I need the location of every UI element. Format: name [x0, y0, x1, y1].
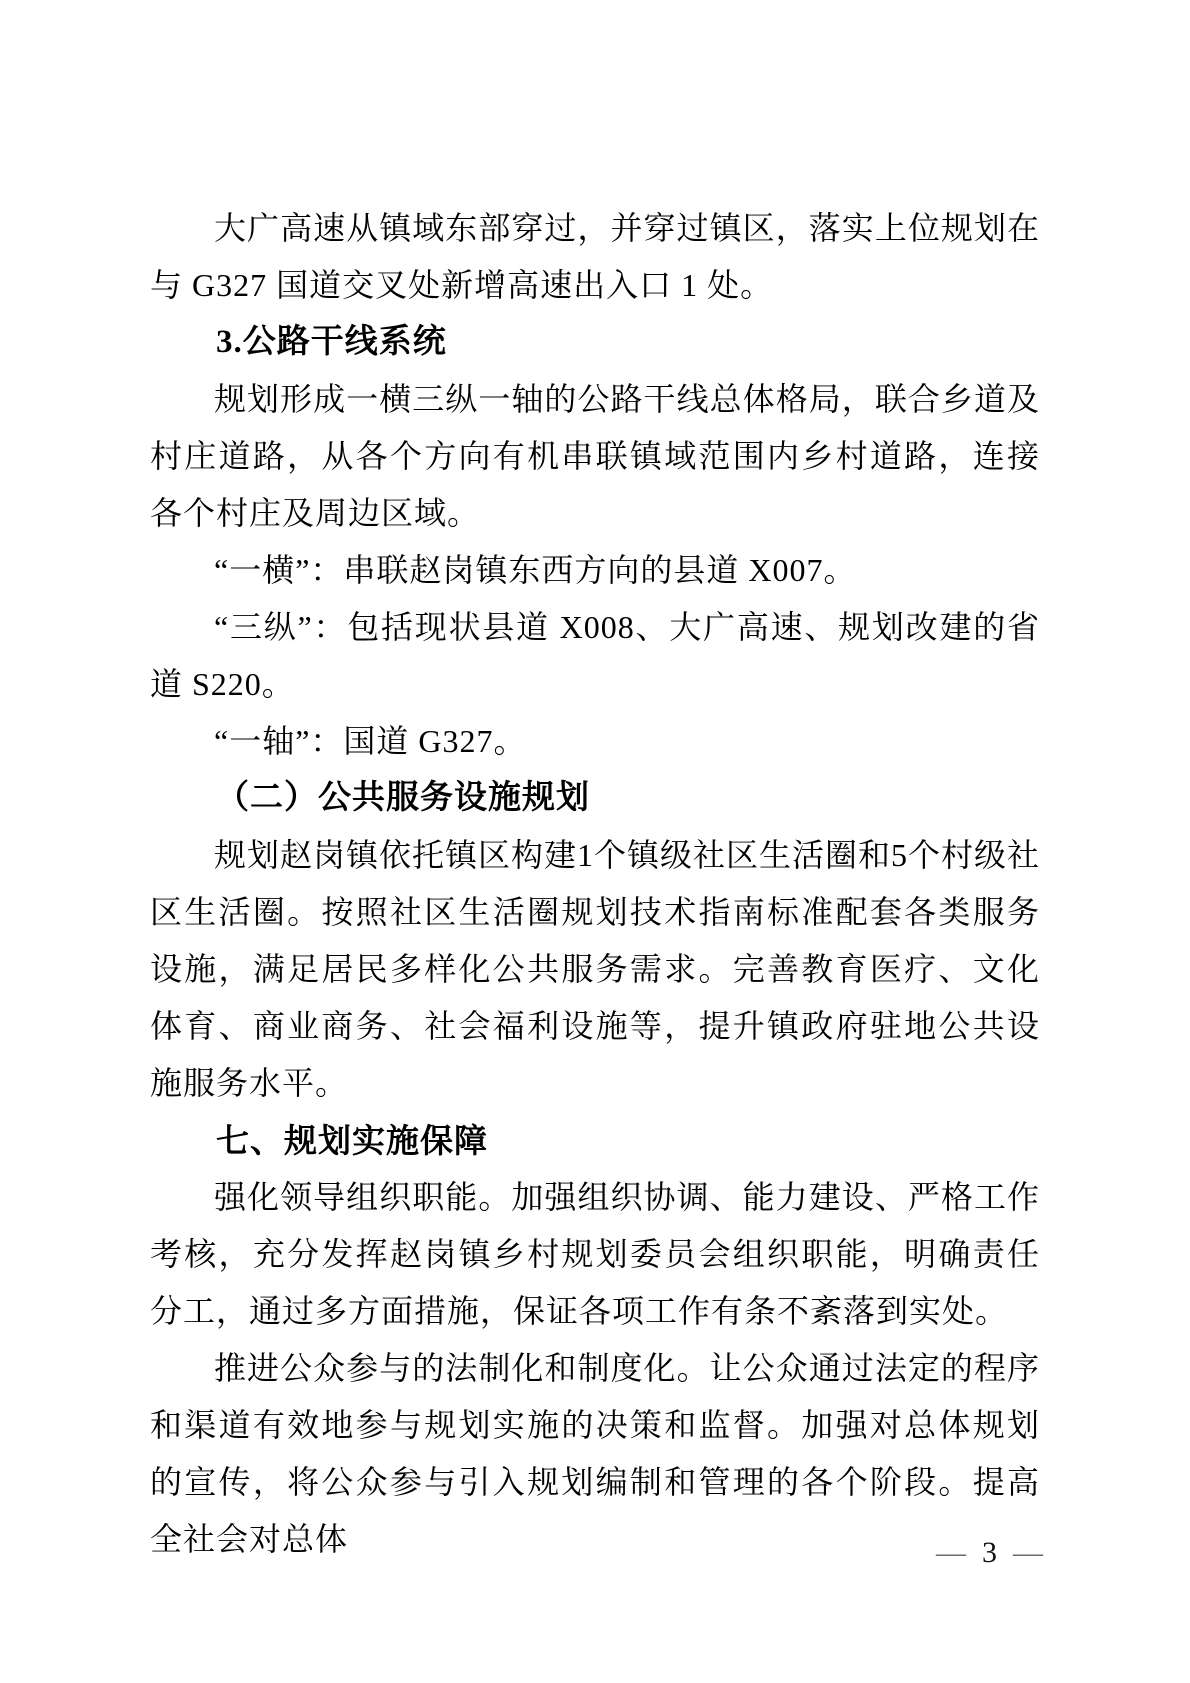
heading-road-trunk-system: 3.公路干线系统 — [150, 314, 1040, 371]
document-content: 大广高速从镇域东部穿过，并穿过镇区，落实上位规划在与 G327 国道交叉处新增高… — [150, 200, 1040, 1568]
heading-plan-implementation-guarantee: 七、规划实施保障 — [150, 1112, 1040, 1169]
paragraph-one-horizontal: “一横”：串联赵岗镇东西方向的县道 X007。 — [150, 542, 1040, 599]
paragraph-community-life-circles: 规划赵岗镇依托镇区构建1个镇级社区生活圈和5个村级社区生活圈。按照社区生活圈规划… — [150, 827, 1040, 1112]
paragraph-three-vertical: “三纵”：包括现状县道 X008、大广高速、规划改建的省道 S220。 — [150, 599, 1040, 713]
paragraph-public-participation: 推进公众参与的法制化和制度化。让公众通过法定的程序和渠道有效地参与规划实施的决策… — [150, 1340, 1040, 1568]
footer-right-dash: — — [1013, 1536, 1043, 1569]
page-number: 3 — [982, 1536, 997, 1569]
paragraph-one-axis: “一轴”：国道 G327。 — [150, 713, 1040, 770]
footer-left-dash: — — [936, 1536, 966, 1569]
heading-public-service-facilities: （二）公共服务设施规划 — [150, 770, 1040, 827]
paragraph-leadership-organization: 强化领导组织职能。加强组织协调、能力建设、严格工作考核，充分发挥赵岗镇乡村规划委… — [150, 1169, 1040, 1340]
page-footer: —3— — [936, 1535, 1043, 1571]
document-page: 大广高速从镇域东部穿过，并穿过镇区，落实上位规划在与 G327 国道交叉处新增高… — [0, 0, 1190, 1683]
paragraph-road-pattern: 规划形成一横三纵一轴的公路干线总体格局，联合乡道及村庄道路，从各个方向有机串联镇… — [150, 371, 1040, 542]
paragraph-expressway-crossing: 大广高速从镇域东部穿过，并穿过镇区，落实上位规划在与 G327 国道交叉处新增高… — [150, 200, 1040, 314]
